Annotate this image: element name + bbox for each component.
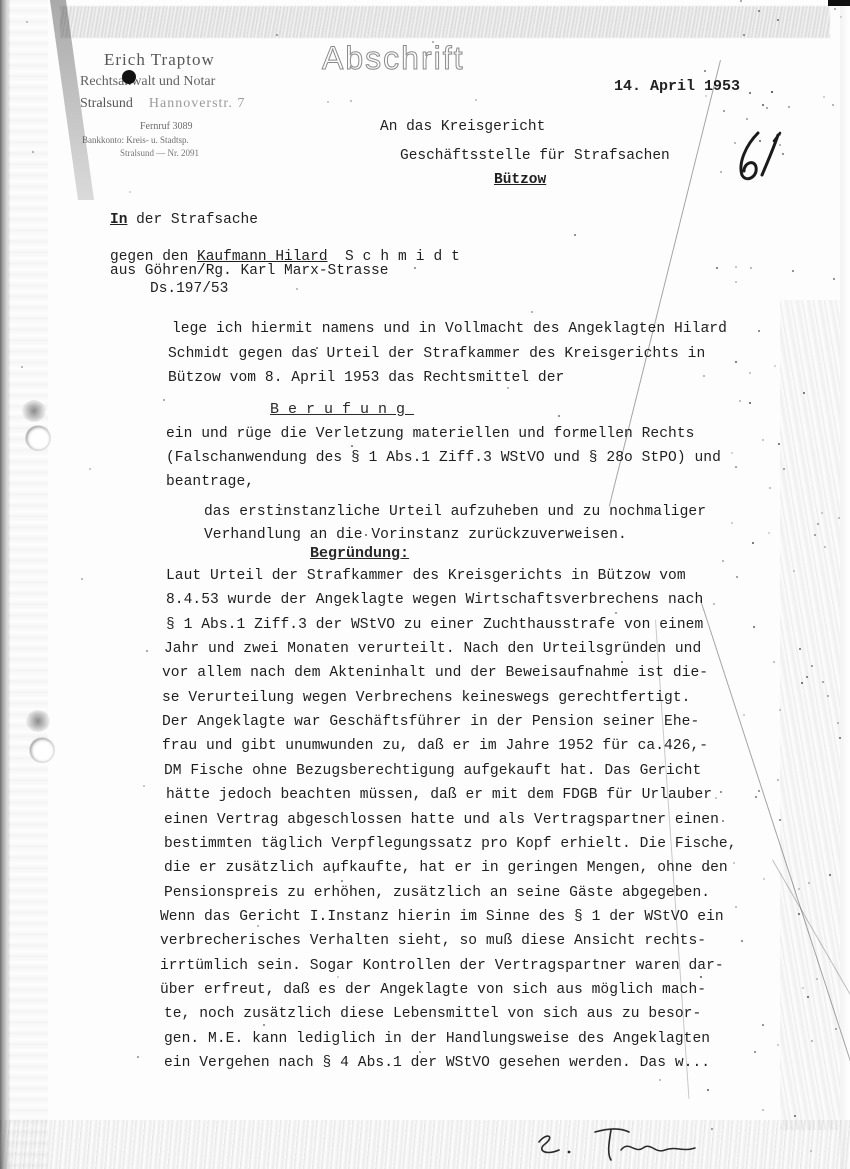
scan-speck — [749, 372, 751, 374]
scan-speck — [700, 976, 702, 978]
scan-speck — [833, 278, 835, 280]
body-line: Schmidt gegen das Urteil der Strafkammer… — [168, 346, 705, 362]
scan-speck — [32, 151, 34, 153]
scan-speck — [769, 487, 771, 489]
scan-speck — [811, 665, 813, 667]
reasons-line: se Verurteilung wegen Verbrechens keines… — [162, 690, 690, 706]
letterhead-title: Rechtsanwalt und Notar — [80, 74, 215, 90]
case-heading-lead: In — [110, 212, 127, 228]
scan-speck — [754, 1051, 756, 1053]
scan-speck — [618, 796, 620, 798]
case-defendant-address: aus Göhren/Rg. Karl Marx-Strasse — [110, 263, 388, 279]
scan-speck — [778, 443, 780, 445]
scan-speck — [419, 1051, 421, 1053]
scan-speck — [762, 1109, 764, 1111]
scan-speck — [779, 144, 781, 146]
scan-speck — [81, 578, 83, 580]
scan-margin-smudge — [8, 0, 48, 1169]
punch-hole-icon — [26, 426, 50, 450]
scan-speck — [515, 917, 517, 919]
scan-speck — [834, 8, 836, 10]
scanned-document-page: Erich Traptow Rechtsanwalt und Notar Str… — [0, 0, 850, 1169]
scan-speck — [734, 142, 736, 144]
scan-top-noise — [60, 6, 830, 38]
reasons-line: gen. M.E. kann lediglich in der Handlung… — [164, 1031, 710, 1047]
scan-speck — [735, 266, 737, 268]
scan-speck — [794, 1115, 796, 1117]
scan-speck — [823, 96, 825, 98]
case-heading: In der Strafsache — [110, 212, 258, 228]
reasons-line: te, noch zusätzlich diese Lebensmittel v… — [164, 1006, 701, 1022]
scan-speck — [779, 134, 781, 136]
ink-blot-icon — [122, 70, 136, 84]
scan-speck — [720, 791, 722, 793]
scan-corner-mark — [828, 0, 850, 6]
scan-speck — [659, 1079, 661, 1081]
scan-speck — [735, 361, 737, 363]
scan-speck — [507, 387, 509, 389]
reasons-line: die er zusätzlich aufkaufte, hat er in g… — [164, 860, 728, 876]
letterhead-address: StralsundHannoverstr. 7 — [80, 96, 245, 112]
reasons-line: ein Vergehen nach § 4 Abs.1 der WStVO ge… — [164, 1055, 710, 1071]
scan-speck — [716, 267, 718, 269]
scan-speck — [414, 267, 416, 269]
letterhead-street: Hannoverstr. 7 — [149, 96, 245, 111]
scan-speck — [316, 347, 318, 349]
scan-speck — [713, 603, 715, 605]
reasons-line: § 1 Abs.1 Ziff.3 der WStVO zu einer Zuch… — [166, 617, 703, 633]
scan-speck — [816, 978, 818, 980]
scan-speck — [837, 722, 839, 724]
scan-speck — [511, 627, 513, 629]
reasons-line: über erfreut, daß es der Angeklagte von … — [160, 982, 706, 998]
punch-hole-icon — [30, 738, 54, 762]
reasons-line: Der Angeklagte war Geschäftsführer in de… — [162, 714, 699, 730]
scan-speck — [350, 100, 352, 102]
scan-speck — [839, 737, 841, 739]
reasons-line: hätte jedoch beachten müssen, daß er mit… — [166, 787, 712, 803]
scan-speck — [758, 790, 760, 792]
scan-speck — [735, 906, 737, 908]
scan-speck — [735, 466, 737, 468]
scan-speck — [733, 862, 735, 864]
scan-speck — [792, 270, 794, 272]
scan-speck — [808, 882, 810, 884]
scan-speck — [768, 532, 770, 534]
scan-speck — [774, 365, 776, 367]
scan-speck — [821, 512, 823, 514]
scan-speck — [731, 522, 733, 524]
scan-speck — [475, 99, 477, 101]
scan-speck — [811, 1040, 813, 1042]
scan-speck — [129, 191, 131, 193]
scan-speck — [705, 95, 707, 97]
motion-line: das erstinstanzliche Urteil aufzuheben u… — [204, 504, 706, 520]
scan-speck — [26, 21, 28, 23]
scan-speck — [702, 866, 704, 868]
scan-speck — [89, 468, 91, 470]
scan-speck — [723, 110, 725, 112]
scan-speck — [615, 612, 617, 614]
scan-speck — [840, 16, 842, 18]
heading-reasons: Begründung: — [310, 545, 409, 562]
reasons-line: 8.4.53 wurde der Angeklagte wegen Wirtsc… — [166, 592, 703, 608]
letterhead-phone: Fernruf 3089 — [140, 121, 193, 132]
scan-speck — [337, 976, 339, 978]
copy-stamp: Abschrift — [322, 40, 464, 77]
scan-speck — [762, 104, 764, 106]
recipient-court: An das Kreisgericht — [380, 119, 545, 135]
scan-speck — [143, 785, 145, 787]
scan-speck — [746, 178, 748, 180]
scan-speck — [296, 288, 298, 290]
scan-speck — [824, 546, 826, 548]
letterhead-city: Stralsund — [80, 96, 133, 111]
reasons-line: vor allem nach dem Akteninhalt und der B… — [162, 665, 708, 681]
scan-speck — [351, 445, 353, 447]
letter-date: 14. April 1953 — [614, 78, 740, 95]
punch-hole-shadow — [26, 710, 50, 732]
scan-speck — [163, 399, 165, 401]
body-line: (Falschanwendung des § 1 Abs.1 Ziff.3 WS… — [166, 450, 721, 466]
reasons-line: frau und gibt unumwunden zu, daß er im J… — [162, 738, 708, 754]
scan-speck — [822, 681, 824, 683]
scan-speck — [707, 324, 709, 326]
scan-speck — [720, 171, 722, 173]
scan-speck — [779, 819, 781, 821]
recipient-city: Bützow — [494, 172, 546, 188]
scan-speck — [722, 820, 724, 822]
scan-speck — [750, 267, 752, 269]
reasons-line: einen Vertrag abgeschlossen hatte und al… — [164, 812, 719, 828]
scan-speck — [801, 682, 803, 684]
scan-speck — [276, 34, 278, 36]
scan-speck — [558, 415, 560, 417]
reasons-line: irrtümlich sein. Sogar Kontrollen der Ve… — [160, 958, 724, 974]
scan-speck — [810, 1150, 812, 1152]
scan-speck — [432, 41, 434, 43]
scan-speck — [759, 140, 761, 142]
scan-speck — [814, 534, 816, 536]
scan-speck — [137, 1056, 139, 1058]
scan-speck — [621, 661, 623, 663]
scan-speck — [327, 101, 329, 103]
scan-speck — [807, 996, 809, 998]
scan-speck — [829, 874, 831, 876]
scan-speck — [788, 106, 790, 108]
handwritten-signature-icon — [525, 1120, 725, 1169]
motion-line: Verhandlung an die Vorinstanz zurückzuve… — [204, 527, 627, 543]
scan-speck — [704, 70, 706, 72]
scan-speck — [799, 648, 801, 650]
reasons-line: DM Fische ohne Bezugsberechtigung aufgek… — [164, 763, 701, 779]
body-line: beantrage, — [166, 474, 254, 490]
scan-speck — [835, 1028, 837, 1030]
scan-speck — [771, 91, 773, 93]
scan-speck — [758, 10, 760, 12]
scan-speck — [782, 153, 784, 155]
letterhead-bank-city: Stralsund — Nr. 2091 — [120, 148, 199, 158]
scan-speck — [21, 366, 23, 368]
scan-speck — [722, 560, 724, 562]
scan-speck — [749, 402, 751, 404]
scan-speck — [817, 523, 819, 525]
reasons-line: Jahr und zwei Monaten verurteilt. Nach d… — [164, 641, 701, 657]
scan-speck — [806, 676, 808, 678]
scan-speck — [762, 1024, 764, 1026]
scan-speck — [739, 400, 741, 402]
scan-speck — [715, 797, 717, 799]
scan-speck — [758, 330, 760, 332]
case-reference-number: Ds.197/53 — [150, 281, 228, 297]
scan-speck — [341, 880, 343, 882]
scan-speck — [280, 508, 282, 510]
scan-speck — [753, 626, 755, 628]
scan-speck — [798, 913, 800, 915]
scan-speck — [832, 104, 834, 106]
body-line: ein und rüge die Verletzung materiellen … — [166, 426, 694, 442]
scan-speck — [802, 987, 804, 989]
scan-speck — [735, 281, 737, 283]
scan-speck — [827, 695, 829, 697]
scan-speck — [743, 34, 745, 36]
scan-speck — [783, 468, 785, 470]
scan-speck — [736, 576, 738, 578]
reasons-line: verbrecherisches Verhalten sieht, so muß… — [160, 933, 706, 949]
scan-speck — [574, 234, 576, 236]
body-line: Bützow vom 8. April 1953 das Rechtsmitte… — [168, 370, 564, 386]
scan-speck — [779, 709, 781, 711]
scan-speck — [743, 714, 745, 716]
letterhead-bank: Bankkonto: Kreis- u. Stadtsp. — [82, 135, 189, 145]
body-line: lege ich hiermit namens und in Vollmacht… — [172, 321, 727, 337]
scan-speck — [741, 940, 743, 942]
scan-speck — [731, 452, 733, 454]
letterhead-name: Erich Traptow — [104, 50, 215, 70]
scan-speck — [703, 375, 705, 377]
scan-speck — [777, 1044, 779, 1046]
scan-speck — [793, 570, 795, 572]
scan-speck — [766, 107, 768, 109]
scan-speck — [752, 542, 754, 544]
scan-speck — [777, 19, 779, 21]
case-heading-rest: der Strafsache — [127, 212, 258, 228]
scan-speck — [798, 888, 800, 890]
scan-speck — [708, 867, 710, 869]
scan-speck — [707, 1089, 709, 1091]
scan-speck — [723, 320, 725, 322]
scan-speck — [711, 1128, 713, 1130]
punch-hole-shadow — [22, 400, 46, 422]
scan-speck — [257, 925, 259, 927]
scan-speck — [777, 779, 779, 781]
recipient-office: Geschäftsstelle für Strafsachen — [400, 148, 670, 164]
scan-speck — [803, 392, 805, 394]
scan-speck — [531, 311, 533, 313]
scan-speck — [755, 796, 757, 798]
scan-speck — [333, 871, 335, 873]
scan-speck — [762, 439, 764, 441]
reasons-line: Laut Urteil der Strafkammer des Kreisger… — [166, 568, 686, 584]
scan-speck — [773, 661, 775, 663]
scan-speck — [100, 102, 102, 104]
scan-speck — [749, 92, 751, 94]
scan-speck — [838, 517, 840, 519]
reasons-line: bestimmten täglich Verpflegungssatz pro … — [164, 836, 737, 852]
reasons-line: Wenn das Gericht I.Instanz hierin im Sin… — [160, 909, 724, 925]
scan-speck — [365, 534, 367, 536]
scan-speck — [740, 0, 742, 2]
scan-speck — [263, 1024, 265, 1026]
scan-speck — [763, 878, 765, 880]
scan-speck — [146, 650, 148, 652]
scan-speck — [746, 118, 748, 120]
reasons-line: Pensionspreis zu erhöhen, zusätzlich an … — [164, 885, 710, 901]
heading-appeal: Berufung — [270, 401, 414, 418]
